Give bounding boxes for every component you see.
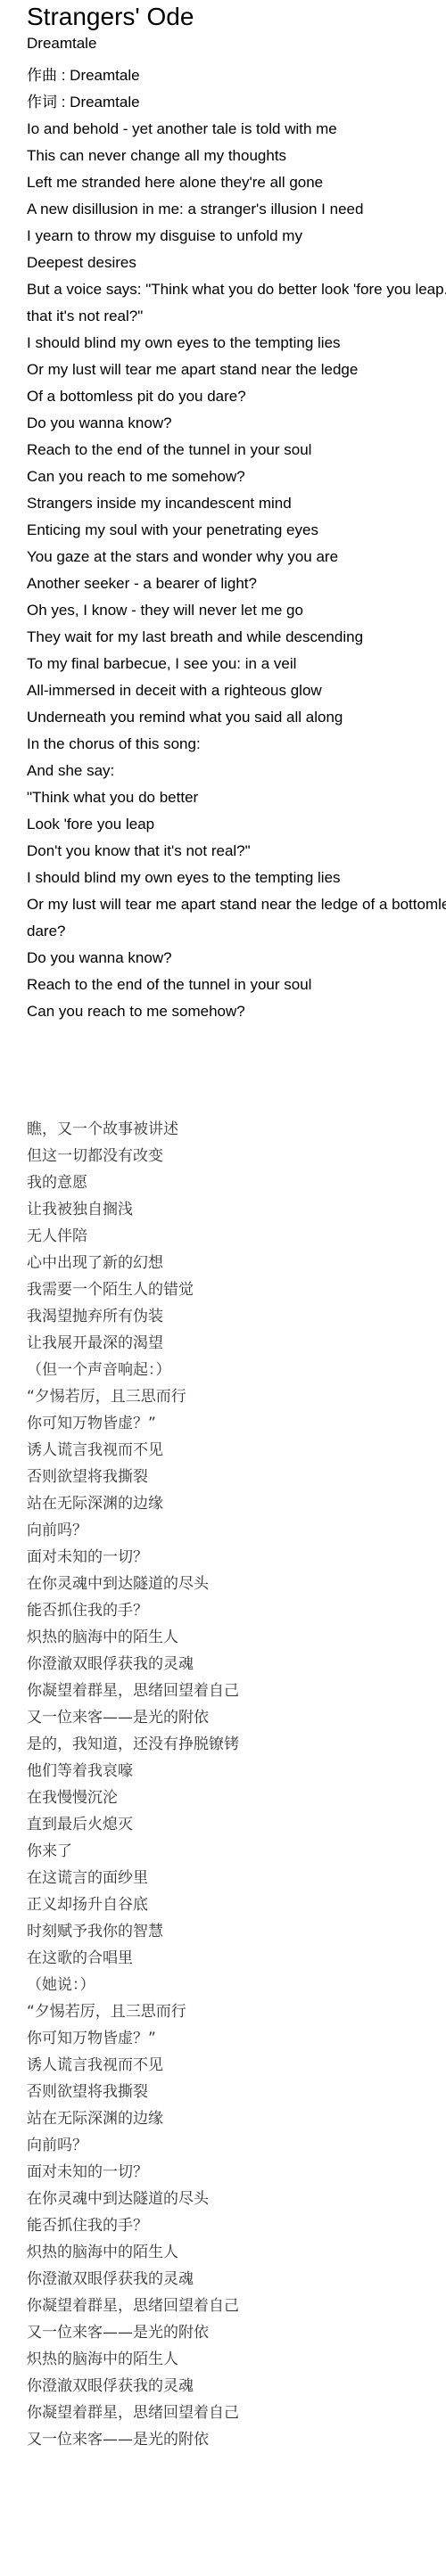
lyric-line-cn: 你澄澈双眼俘获我的灵魂 <box>27 2373 446 2400</box>
lyric-line-cn: 你可知万物皆虚？” <box>27 1410 446 1437</box>
lyric-line-cn: （她说：） <box>27 1972 446 1998</box>
lyric-line: Underneath you remind what you said all … <box>27 704 446 731</box>
lyric-line: I should blind my own eyes to the tempti… <box>27 330 446 357</box>
lyric-line-cn: 我需要一个陌生人的错觉 <box>27 1276 446 1303</box>
lyric-line-cn: 能否抓住我的手？ <box>27 2212 446 2239</box>
lyric-line-cn: 正义却扬升自谷底 <box>27 1891 446 1918</box>
lyric-line: This can never change all my thoughts <box>27 143 446 169</box>
lyric-line-cn: 诱人谎言我视而不见 <box>27 1437 446 1464</box>
lyric-line: 作曲 : Dreamtale <box>27 62 446 89</box>
lyric-line-cn: 面对未知的一切？ <box>27 1544 446 1571</box>
lyric-line-cn: 你凝望着群星，思绪回望着自己 <box>27 1678 446 1704</box>
lyric-line: Deepest desires <box>27 250 446 276</box>
chinese-lyrics: 瞧，又一个故事被讲述 但这一切都没有改变 我的意愿 让我被独自搁浅 无人伴陪 心… <box>27 1116 446 2453</box>
lyric-line-cn: 你澄澈双眼俘获我的灵魂 <box>27 2266 446 2293</box>
lyric-line-cn: 时刻赋予我你的智慧 <box>27 1918 446 1945</box>
lyric-line: Do you wanna know? <box>27 410 446 437</box>
lyric-line: that it's not real?" <box>27 303 446 330</box>
lyric-line-cn: 在这歌的合唱里 <box>27 1945 446 1972</box>
lyric-line-cn: 诱人谎言我视而不见 <box>27 2052 446 2079</box>
lyric-line: They wait for my last breath and while d… <box>27 624 446 651</box>
lyric-line-cn: 但这一切都没有改变 <box>27 1143 446 1169</box>
lyric-line-cn: 让我展开最深的渴望 <box>27 1330 446 1357</box>
lyric-line: Io and behold - yet another tale is told… <box>27 116 446 143</box>
lyric-line: dare? <box>27 918 446 945</box>
lyric-line-cn: 我的意愿 <box>27 1169 446 1196</box>
lyric-line-cn: 无人伴陪 <box>27 1223 446 1250</box>
lyric-line: But a voice says: "Think what you do bet… <box>27 276 446 303</box>
song-title: Strangers' Ode <box>27 0 446 34</box>
lyric-line-cn: 你来了 <box>27 1838 446 1865</box>
lyric-line: A new disillusion in me: a stranger's il… <box>27 196 446 223</box>
lyric-line-cn: 否则欲望将我撕裂 <box>27 1464 446 1490</box>
lyric-line-cn: 在这谎言的面纱里 <box>27 1865 446 1891</box>
lyric-line-cn: 炽热的脑海中的陌生人 <box>27 2239 446 2266</box>
lyric-line: Left me stranded here alone they're all … <box>27 169 446 196</box>
lyric-line: Reach to the end of the tunnel in your s… <box>27 437 446 464</box>
lyric-line-cn: 直到最后火熄灭 <box>27 1811 446 1838</box>
lyric-line: To my final barbecue, I see you: in a ve… <box>27 651 446 677</box>
lyric-line: Reach to the end of the tunnel in your s… <box>27 972 446 998</box>
lyric-line-cn: 让我被独自搁浅 <box>27 1196 446 1223</box>
lyric-line: You gaze at the stars and wonder why you… <box>27 544 446 570</box>
lyric-line: Of a bottomless pit do you dare? <box>27 383 446 410</box>
english-lyrics: 作曲 : Dreamtale 作词 : Dreamtale Io and beh… <box>27 62 446 1025</box>
lyric-line: Oh yes, I know - they will never let me … <box>27 597 446 624</box>
lyric-line-cn: 炽热的脑海中的陌生人 <box>27 1624 446 1651</box>
lyric-line-cn: 心中出现了新的幻想 <box>27 1250 446 1276</box>
lyric-line-cn: 你澄澈双眼俘获我的灵魂 <box>27 1651 446 1678</box>
lyric-line-cn: “夕惕若厉，且三思而行 <box>27 1998 446 2025</box>
lyric-line-cn: 向前吗？ <box>27 2132 446 2159</box>
lyric-line-cn: 否则欲望将我撕裂 <box>27 2079 446 2105</box>
lyric-line-cn: 你凝望着群星，思绪回望着自己 <box>27 2400 446 2426</box>
lyric-line: "Think what you do better <box>27 784 446 811</box>
lyric-line-cn: 又一位来客——是光的附依 <box>27 1704 446 1731</box>
lyric-line-cn: 在我慢慢沉沦 <box>27 1784 446 1811</box>
lyric-line-cn: 能否抓住我的手？ <box>27 1597 446 1624</box>
lyric-line-cn: 在你灵魂中到达隧道的尽头 <box>27 1571 446 1597</box>
lyric-line: Or my lust will tear me apart stand near… <box>27 357 446 383</box>
lyric-line-cn: 瞧，又一个故事被讲述 <box>27 1116 446 1143</box>
lyric-line-cn: 是的，我知道，还没有挣脱镣铐 <box>27 1731 446 1758</box>
lyric-line-cn: 站在无际深渊的边缘 <box>27 1490 446 1517</box>
lyric-line-cn: 你凝望着群星，思绪回望着自己 <box>27 2293 446 2319</box>
lyric-line: Look 'fore you leap <box>27 811 446 838</box>
lyric-line-cn: 站在无际深渊的边缘 <box>27 2105 446 2132</box>
lyric-line-cn: 我渴望抛弃所有伪装 <box>27 1303 446 1330</box>
lyric-line: Enticing my soul with your penetrating e… <box>27 517 446 544</box>
lyric-line: Strangers inside my incandescent mind <box>27 490 446 517</box>
lyric-line-cn: 又一位来客——是光的附依 <box>27 2426 446 2453</box>
lyric-line: In the chorus of this song: <box>27 731 446 758</box>
lyric-line: All-immersed in deceit with a righteous … <box>27 677 446 704</box>
section-spacer <box>27 1025 446 1116</box>
lyric-line-cn: 又一位来客——是光的附依 <box>27 2319 446 2346</box>
lyric-line: Can you reach to me somehow? <box>27 998 446 1025</box>
lyric-line-cn: 你可知万物皆虚？” <box>27 2025 446 2052</box>
lyric-line: Can you reach to me somehow? <box>27 464 446 490</box>
lyric-line-cn: 面对未知的一切？ <box>27 2159 446 2186</box>
lyric-line-cn: 炽热的脑海中的陌生人 <box>27 2346 446 2373</box>
lyric-line: Do you wanna know? <box>27 945 446 972</box>
lyric-line: Another seeker - a bearer of light? <box>27 570 446 597</box>
lyric-line: I should blind my own eyes to the tempti… <box>27 865 446 891</box>
lyric-line: Or my lust will tear me apart stand near… <box>27 891 446 918</box>
lyric-line: 作词 : Dreamtale <box>27 89 446 116</box>
lyric-line-cn: 在你灵魂中到达隧道的尽头 <box>27 2186 446 2212</box>
lyric-line-cn: “夕惕若厉，且三思而行 <box>27 1383 446 1410</box>
lyric-line: I yearn to throw my disguise to unfold m… <box>27 223 446 250</box>
lyric-line-cn: 向前吗？ <box>27 1517 446 1544</box>
song-artist: Dreamtale <box>27 34 446 53</box>
lyric-line: Don't you know that it's not real?" <box>27 838 446 865</box>
lyric-line: And she say: <box>27 758 446 784</box>
lyrics-page: Strangers' Ode Dreamtale 作曲 : Dreamtale … <box>27 0 446 2453</box>
lyric-line-cn: 他们等着我哀嚎 <box>27 1758 446 1784</box>
lyric-line-cn: （但一个声音响起：） <box>27 1357 446 1383</box>
